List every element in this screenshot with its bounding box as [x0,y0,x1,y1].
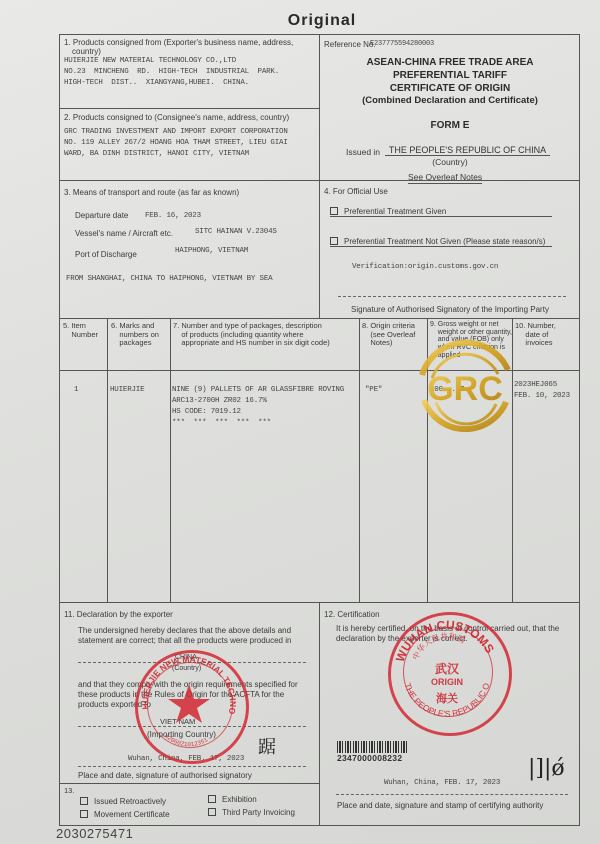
box2-label: 2. Products consigned to (Consignee's na… [64,113,289,122]
vessel-label: Vessel's name / Aircraft etc. [75,229,173,238]
option-issued-retroactively[interactable]: Issued Retroactively [80,797,166,806]
exporter-name: HUIERJIE NEW MATERIAL TECHNOLOGY CO.,LTD [64,56,236,67]
stamp-wuhan-cn: 武汉 [388,660,506,677]
item-number: 1 [74,385,78,396]
checkbox[interactable] [80,810,88,818]
divider [59,180,580,181]
header-description: 7. Number and type of packages, descript… [173,322,330,348]
header-origin-criteria: 8. Origin criteria (see Overleaf Notes) [362,322,415,348]
preferential-given-option[interactable]: Preferential Treatment Given [330,207,552,217]
exporter-stamp-text: HUIERJIE NEW MATERIAL TECHNOLOGY CO.,LTD… [135,650,243,758]
divider [59,108,319,109]
exporter-signature-line [78,766,306,767]
certifier-signature-line [336,794,568,795]
header-invoices: 10. Number, date of invoices [515,322,556,348]
reference-label: Reference No. [324,40,376,49]
issued-in-value: THE PEOPLE'S REPUBLIC OF CHINA [385,145,550,156]
divider [319,602,320,826]
origin-criteria: "PE" [365,385,382,396]
port-label: Port of Discharge [75,250,137,259]
reference-number: E237775594280003 [370,39,434,49]
overleaf-notes-link[interactable]: See Overleaf Notes [408,173,482,184]
box1-label: 1. Products consigned from (Exporter's b… [64,38,314,56]
consignee-address-2: WARD, BA DINH DISTRICT, HANOI CITY, VIET… [64,149,249,160]
stamp-origin: ORIGIN [388,677,506,687]
signature-line [338,296,566,297]
box4-label: 4. For Official Use [324,187,388,196]
country-caption: (Country) [320,158,580,168]
barcode-number: 2347000008232 [337,754,402,764]
box13-label: 13. [64,787,74,796]
exporter-address-2: HIGH-TECH DIST.. XIANGYANG,HUBEI. CHINA. [64,78,249,89]
consignee-name: GRC TRADING INVESTMENT AND IMPORT EXPORT… [64,127,288,138]
checkbox[interactable] [330,237,338,245]
exporter-signature: 踞 [258,733,276,759]
route: FROM SHANGHAI, CHINA TO HAIPHONG, VIETNA… [66,274,272,285]
checkbox[interactable] [80,797,88,805]
port-of-discharge: HAIPHONG, VIETNAM [175,246,248,257]
invoice-number-date: 2023HEJ065 FEB. 10, 2023 [514,380,570,402]
declaration-text-2: statement are correct; that all the prod… [78,636,291,645]
verification-url: Verification:origin.customs.gov.cn [352,262,498,273]
vessel-name: SITC HAINAN V.2304S [195,227,277,238]
box11-label: 11. Declaration by the exporter [64,610,173,619]
certifier-place-date: Wuhan, China, FEB. 17, 2023 [384,778,500,789]
issued-in-label: Issued in [346,148,380,158]
option-exhibition[interactable]: Exhibition [208,795,257,804]
certifier-signature: |]|ǿ [528,756,565,781]
declaration-text-1: The undersigned hereby declares that the… [78,626,291,635]
departure-date: FEB. 16, 2023 [145,211,201,222]
divider [170,318,171,602]
marks: HUIERJIE [110,385,144,396]
divider [107,318,108,602]
checkbox[interactable] [208,795,216,803]
document-serial-number: 2030275471 [56,826,133,841]
preferential-not-given-option[interactable]: Preferential Treatment Not Given (Please… [330,237,552,247]
form-name: FORM E [320,119,580,132]
box3-label: 3. Means of transport and route (as far … [64,188,239,197]
stamp-customs-cn: 海关 [388,690,506,706]
grc-watermark-logo: GRC [410,330,520,440]
consignee-address-1: NO. 119 ALLEY 267/2 HOANG HOA THAM STREE… [64,138,288,149]
header-item-number: 5. Item Number [63,322,98,339]
document-title: Original [0,12,600,30]
divider [59,318,580,319]
departure-label: Departure date [75,211,128,220]
description: NINE (9) PALLETS OF AR GLASSFIBRE ROVING… [172,385,344,429]
exporter-signature-caption: Place and date, signature of authorised … [78,771,252,780]
checkbox[interactable] [330,207,338,215]
svg-text:4206021012351: 4206021012351 [163,733,209,748]
box12-label: 12. Certification [324,610,380,619]
certificate-heading: ASEAN-CHINA FREE TRADE AREA PREFERENTIAL… [320,56,580,107]
divider [59,783,319,784]
certifier-signature-caption: Place and date, signature and stamp of c… [337,801,543,810]
exporter-address-1: NO.23 MINCHENG RD. HIGH-TECH INDUSTRIAL … [64,67,279,78]
checkbox[interactable] [208,808,216,816]
option-third-party-invoicing[interactable]: Third Party Invoicing [208,808,295,817]
divider [359,318,360,602]
option-movement-certificate[interactable]: Movement Certificate [80,810,170,819]
header-marks: 6. Marks and numbers on packages [111,322,159,348]
importing-signature-caption: Signature of Authorised Signatory of the… [320,305,580,314]
svg-text:GRC: GRC [427,370,503,408]
barcode [337,741,407,753]
